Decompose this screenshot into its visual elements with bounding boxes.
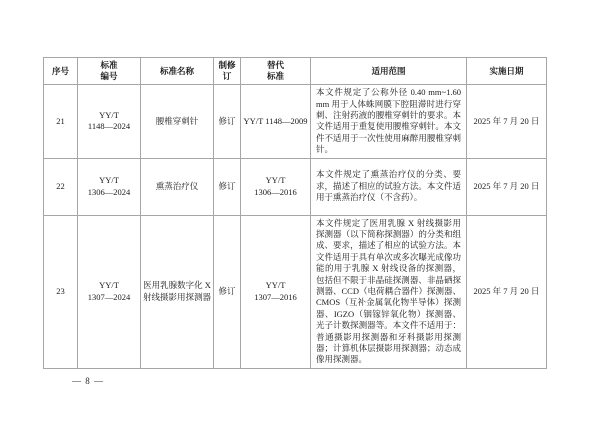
page-number: — 8 — [72, 376, 104, 386]
cell-std-no: YY/T 1306—2024 [78, 158, 141, 215]
header-revision: 制修 订 [214, 58, 241, 85]
document-page: 序号 标准 编号 标准名称 制修 订 替代 标准 适用范围 实施日期 [0, 0, 600, 424]
table-row: 23 YY/T 1307—2024 医用乳腺数字化 X 射线摄影用探测器 修订 … [44, 215, 547, 368]
header-std-no-line2: 编号 [100, 71, 117, 81]
standards-table: 序号 标准 编号 标准名称 制修 订 替代 标准 适用范围 实施日期 [43, 57, 547, 369]
cell-seq: 21 [44, 85, 78, 158]
cell-std-no: YY/T 1307—2024 [78, 215, 141, 368]
cell-revision: 修订 [214, 215, 241, 368]
header-std-no: 标准 编号 [78, 58, 141, 85]
header-std-no-line1: 标准 [100, 60, 117, 70]
header-replaced-line1: 替代 [267, 60, 284, 70]
std-no-line: 1148—2024 [88, 121, 130, 131]
header-revision-line2: 订 [223, 71, 232, 81]
cell-scope: 本文件规定了熏蒸治疗仪的分类、要求，描述了相应的试验方法。本文件适用于熏蒸治疗仪… [311, 158, 467, 215]
table-header: 序号 标准 编号 标准名称 制修 订 替代 标准 适用范围 实施日期 [44, 58, 547, 85]
cell-replaced: YY/T 1148—2009 [241, 85, 311, 158]
cell-std-no: YY/T 1148—2024 [78, 85, 141, 158]
cell-replaced: YY/T 1307—2016 [241, 215, 311, 368]
cell-date: 2025 年 7 月 20 日 [467, 85, 547, 158]
replaced-line: YY/T [266, 280, 286, 290]
header-date: 实施日期 [467, 58, 547, 85]
std-no-line: 1307—2024 [88, 292, 131, 302]
cell-name: 腰椎穿刺针 [141, 85, 214, 158]
header-name: 标准名称 [141, 58, 214, 85]
replaced-line: YY/T [266, 175, 286, 185]
std-no-line: YY/T [99, 110, 119, 120]
std-no-line: YY/T [99, 280, 119, 290]
cell-name: 医用乳腺数字化 X 射线摄影用探测器 [141, 215, 214, 368]
replaced-line: 1306—2016 [254, 187, 297, 197]
header-row: 序号 标准 编号 标准名称 制修 订 替代 标准 适用范围 实施日期 [44, 58, 547, 85]
cell-revision: 修订 [214, 85, 241, 158]
header-scope: 适用范围 [311, 58, 467, 85]
std-no-line: 1306—2024 [88, 187, 131, 197]
header-seq: 序号 [44, 58, 78, 85]
header-replaced: 替代 标准 [241, 58, 311, 85]
table-row: 21 YY/T 1148—2024 腰椎穿刺针 修订 YY/T 1148—200… [44, 85, 547, 158]
table-body: 21 YY/T 1148—2024 腰椎穿刺针 修订 YY/T 1148—200… [44, 85, 547, 369]
cell-seq: 22 [44, 158, 78, 215]
replaced-line: YY/T 1148—2009 [244, 116, 308, 126]
cell-seq: 23 [44, 215, 78, 368]
replaced-line: 1307—2016 [254, 292, 297, 302]
cell-replaced: YY/T 1306—2016 [241, 158, 311, 215]
cell-revision: 修订 [214, 158, 241, 215]
cell-date: 2025 年 7 月 20 日 [467, 158, 547, 215]
cell-date: 2025 年 7 月 20 日 [467, 215, 547, 368]
header-replaced-line2: 标准 [267, 71, 284, 81]
cell-scope: 本文件规定了公称外径 0.40 mm~1.60 mm 用于人体蛛网膜下腔阻滞时进… [311, 85, 467, 158]
header-revision-line1: 制修 [218, 60, 235, 70]
cell-name: 熏蒸治疗仪 [141, 158, 214, 215]
cell-scope: 本文件规定了医用乳腺 X 射线摄影用探测器（以下简称探测器）的分类和组成、要求，… [311, 215, 467, 368]
table-row: 22 YY/T 1306—2024 熏蒸治疗仪 修订 YY/T 1306—201… [44, 158, 547, 215]
std-no-line: YY/T [99, 175, 119, 185]
